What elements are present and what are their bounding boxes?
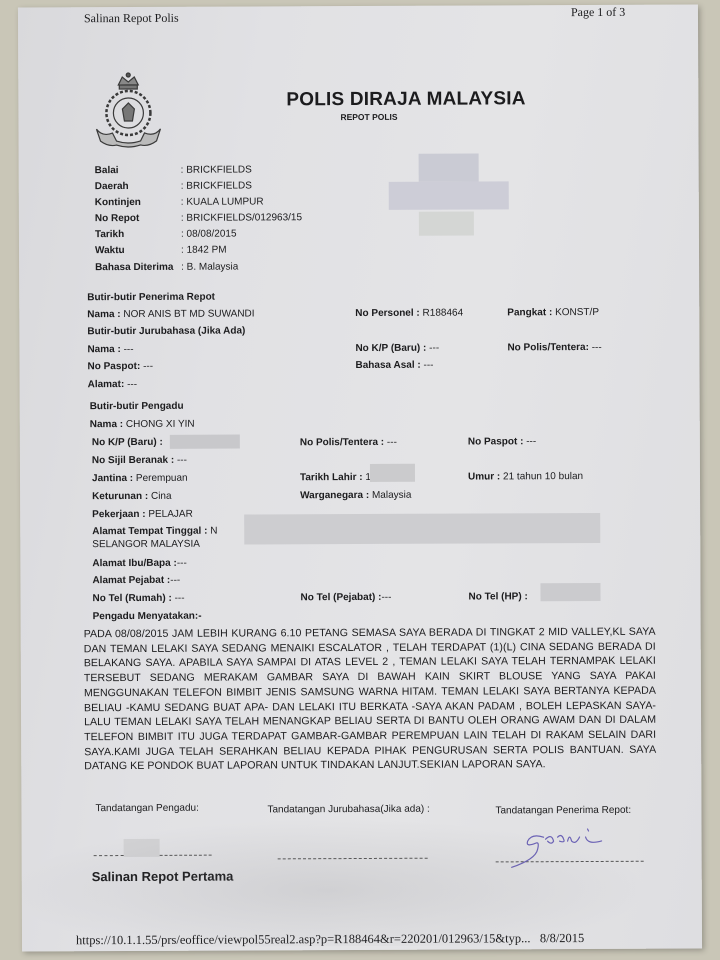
info-value: : 08/08/2015: [181, 229, 237, 240]
police-crest-icon: [92, 69, 164, 149]
age-value: 21 tahun 10 bulan: [503, 471, 583, 482]
address-value: N: [210, 526, 217, 537]
print-url: https://10.1.1.55/prs/eoffice/viewpol55r…: [76, 931, 584, 948]
receiver-signature-label: Tandatangan Penerima Repot:: [495, 805, 631, 817]
tel-home-value: ---: [175, 593, 185, 604]
complainant-kp-label: No K/P (Baru) :: [92, 437, 163, 448]
info-value: : KUALA LUMPUR: [181, 196, 264, 207]
print-date: 8/8/2015: [540, 931, 585, 945]
redaction-block: [370, 464, 415, 482]
redaction-block: [170, 435, 240, 449]
complainant-heading: Butir-butir Pengadu: [90, 401, 184, 412]
redaction-block: [540, 583, 600, 601]
info-label: No Repot: [95, 213, 140, 224]
complainant-name-label: Nama :: [90, 419, 123, 430]
race-label: Keturunan :: [92, 491, 148, 502]
interpreter-kp: ---: [429, 343, 439, 354]
office-address-label: Alamat Pejabat :: [92, 575, 170, 586]
complainant-name: CHONG XI YIN: [126, 419, 195, 430]
citizen-label: Warganegara :: [300, 490, 369, 501]
info-label: Tarikh: [95, 229, 124, 240]
interpreter-polis-label: No Polis/Tentera:: [507, 342, 589, 353]
interpreter-name: ---: [124, 344, 134, 355]
page-indicator: Page 1 of 3: [571, 5, 625, 20]
tel-home-label: No Tel (Rumah) :: [92, 593, 171, 604]
rank-label: Pangkat :: [507, 307, 552, 318]
info-value: : BRICKFIELDS: [181, 164, 252, 175]
age-label: Umur :: [468, 471, 500, 482]
footer-title: Salinan Repot Pertama: [92, 869, 234, 885]
complainant-passport: ---: [526, 436, 536, 447]
page-title: POLIS DIRAJA MALAYSIA: [286, 88, 525, 111]
race-value: Cina: [151, 491, 172, 502]
interpreter-passport-label: No Paspot:: [87, 361, 140, 372]
tel-office-label: No Tel (Pejabat) :: [300, 592, 381, 603]
statement-text: PADA 08/08/2015 JAM LEBIH KURANG 6.10 PE…: [84, 625, 657, 775]
info-value: : BRICKFIELDS: [181, 180, 252, 191]
job-label: Pekerjaan :: [92, 509, 145, 520]
interpreter-name-label: Nama :: [87, 344, 120, 355]
office-address-value: ---: [170, 575, 180, 586]
parent-address-label: Alamat Ibu/Bapa :: [92, 558, 177, 569]
job-value: PELAJAR: [148, 509, 193, 520]
interpreter-lang-label: Bahasa Asal :: [355, 360, 420, 371]
info-label: Bahasa Diterima: [95, 262, 173, 273]
redaction-block: [419, 153, 479, 181]
info-value: : B. Malaysia: [181, 262, 238, 273]
birthcert-value: ---: [177, 455, 187, 466]
redaction-block: [124, 839, 160, 857]
rank-value: KONST/P: [555, 307, 599, 318]
receiver-name: NOR ANIS BT MD SUWANDI: [123, 308, 254, 320]
personnel-label: No Personel :: [355, 308, 420, 319]
gender-value: Perempuan: [136, 473, 188, 484]
redaction-block: [419, 212, 474, 236]
parent-address-value: ---: [177, 558, 187, 569]
interpreter-address-label: Alamat:: [88, 379, 125, 390]
address-label: Alamat Tempat Tinggal :: [92, 526, 207, 538]
interpreter-polis: ---: [592, 342, 602, 353]
interpreter-passport: ---: [143, 361, 153, 372]
signature-line: [278, 858, 428, 860]
complainant-signature-label: Tandatangan Pengadu:: [95, 803, 198, 814]
citizen-value: Malaysia: [372, 490, 412, 501]
interpreter-lang: ---: [423, 360, 433, 371]
personnel-number: R188464: [423, 308, 464, 319]
tel-hp-label: No Tel (HP) :: [468, 591, 527, 602]
dob-label: Tarikh Lahir :: [300, 472, 363, 483]
info-value: : BRICKFIELDS/012963/15: [181, 212, 302, 224]
interpreter-address: ---: [127, 379, 137, 390]
redaction-block: [389, 181, 509, 210]
page-subtitle: REPOT POLIS: [340, 112, 397, 122]
gender-label: Jantina :: [92, 473, 133, 484]
interpreter-signature-label: Tandatangan Jurubahasa(Jika ada) :: [267, 804, 429, 816]
info-label: Kontinjen: [95, 197, 141, 208]
police-report-page: Salinan Repot Polis Page 1 of 3 POLIS DI…: [18, 5, 702, 952]
signature-line: [160, 855, 212, 856]
complainant-polis-label: No Polis/Tentera :: [300, 437, 384, 448]
interpreter-kp-label: No K/P (Baru) :: [355, 343, 426, 354]
complainant-passport-label: No Paspot :: [468, 436, 524, 447]
info-label: Daerah: [95, 181, 129, 192]
tel-office-value: ---: [381, 592, 391, 603]
signature-line: [94, 855, 124, 856]
address-line2: SELANGOR MALAYSIA: [92, 539, 200, 550]
complainant-polis: ---: [387, 437, 397, 448]
birthcert-label: No Sijil Beranak :: [92, 455, 174, 466]
redaction-block: [244, 513, 600, 545]
interpreter-heading: Butir-butir Jurubahasa (Jika Ada): [87, 325, 245, 337]
info-label: Waktu: [95, 245, 125, 256]
url-text: https://10.1.1.55/prs/eoffice/viewpol55r…: [76, 931, 531, 947]
statement-heading: Pengadu Menyatakan:-: [93, 611, 202, 622]
info-label: Balai: [95, 165, 119, 176]
receiver-name-label: Nama :: [87, 309, 120, 320]
receiver-heading: Butir-butir Penerima Repot: [87, 292, 215, 304]
receiver-signature: [492, 823, 632, 874]
info-value: : 1842 PM: [181, 245, 227, 256]
print-header-left: Salinan Repot Polis: [84, 11, 179, 26]
